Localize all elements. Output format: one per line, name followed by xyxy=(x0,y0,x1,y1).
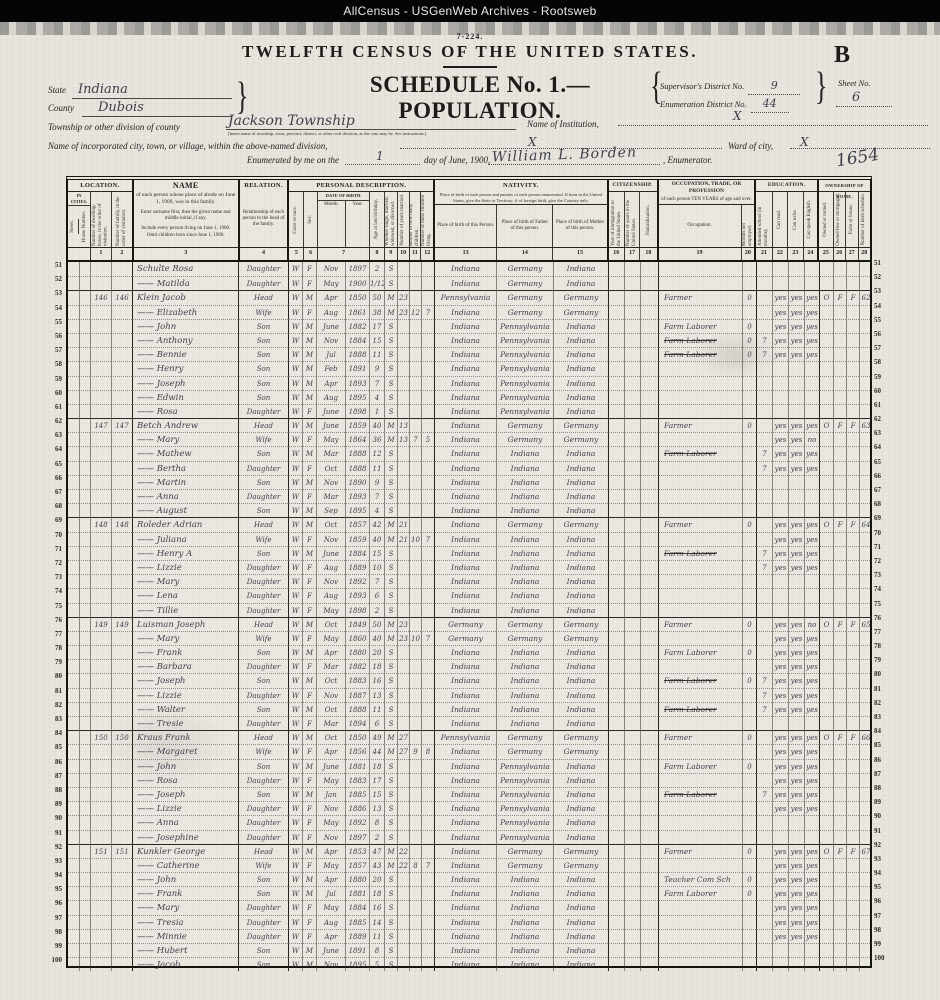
cell-naturalization xyxy=(640,673,658,687)
cell-free-mortgaged xyxy=(833,773,846,787)
cell-can-write: yes xyxy=(788,673,804,687)
cell-years-married xyxy=(397,830,409,844)
cell-sex: F xyxy=(302,773,316,787)
cell-pob-father: Pennsylvania xyxy=(496,333,553,347)
cell-can-speak xyxy=(804,361,819,375)
cell-months-not-employed xyxy=(742,603,756,617)
colnum-26: 26 xyxy=(833,248,845,260)
line-number: 74 xyxy=(44,584,62,598)
cell-children-living xyxy=(421,546,434,560)
cell-pob-father: Indiana xyxy=(496,673,553,687)
cell-months-not-employed xyxy=(742,787,756,801)
cell-occupation: Farm Laborer xyxy=(658,319,742,333)
cell-name: —— Mary xyxy=(132,432,238,446)
relation-desc: Relationship of each person to the head … xyxy=(240,209,288,230)
col-header-pob-person: Place of birth of this Person. xyxy=(435,205,496,247)
cell-immigration-year xyxy=(608,773,624,787)
cell-dwelling xyxy=(90,858,111,872)
line-number: 73 xyxy=(44,570,62,584)
cell-immigration-year xyxy=(608,532,624,546)
cell-color: W xyxy=(288,390,302,404)
cell-pob: Indiana xyxy=(434,886,496,900)
cell-birth-month: Nov xyxy=(316,574,345,588)
cell-sex: F xyxy=(302,744,316,758)
cell-farm-schedule: 65 xyxy=(859,617,872,631)
cell-can-speak: yes xyxy=(804,759,819,773)
cell-mother-of xyxy=(409,404,421,418)
cell-name: —— Rosa xyxy=(132,773,238,787)
cell-attended-school xyxy=(756,886,772,900)
cell-pob-mother: Indiana xyxy=(553,347,608,361)
cell-can-speak xyxy=(804,489,819,503)
cell-immigration-year xyxy=(608,546,624,560)
cell-marital: S xyxy=(384,574,397,588)
cell-birth-month: May xyxy=(316,631,345,645)
cell-street xyxy=(68,560,79,574)
cell-street xyxy=(68,404,79,418)
cell-can-speak: yes xyxy=(804,915,819,929)
cell-name: —— Josephine xyxy=(132,830,238,844)
cell-relation: Head xyxy=(238,844,288,858)
cell-sex: M xyxy=(302,759,316,773)
line-number: 83 xyxy=(874,710,892,724)
cell-occupation: Farm Laborer xyxy=(658,333,742,347)
cell-age: 13 xyxy=(369,688,384,702)
cell-naturalization xyxy=(640,333,658,347)
cell-street xyxy=(68,361,79,375)
cell-age: 9 xyxy=(369,361,384,375)
cell-occupation xyxy=(658,390,742,404)
cell-children-living xyxy=(421,645,434,659)
cell-family xyxy=(111,631,132,645)
cell-immigration-year xyxy=(608,659,624,673)
cell-pob-mother: Indiana xyxy=(553,376,608,390)
line-number: 83 xyxy=(44,712,62,726)
cell-family xyxy=(111,957,132,971)
cell-immigration-year xyxy=(608,376,624,390)
cell-months-not-employed xyxy=(742,900,756,914)
cell-can-write: yes xyxy=(788,517,804,531)
line-number: 58 xyxy=(874,355,892,369)
cell-immigration-year xyxy=(608,957,624,971)
cell-occupation xyxy=(658,305,742,319)
line-number: 58 xyxy=(44,357,62,371)
cell-family xyxy=(111,489,132,503)
cell-pob: Indiana xyxy=(434,446,496,460)
cell-attended-school xyxy=(756,532,772,546)
cell-can-speak: yes xyxy=(804,929,819,943)
cell-birth-month: June xyxy=(316,943,345,957)
cell-can-read xyxy=(772,390,788,404)
cell-birth-month: May xyxy=(316,773,345,787)
cell-pob: Indiana xyxy=(434,858,496,872)
cell-house xyxy=(79,744,90,758)
cell-relation: Son xyxy=(238,943,288,957)
line-number: 59 xyxy=(874,370,892,384)
cell-house xyxy=(79,815,90,829)
cell-pob-father: Indiana xyxy=(496,915,553,929)
cell-immigration-year xyxy=(608,404,624,418)
cell-months-not-employed xyxy=(742,305,756,319)
cell-immigration-year xyxy=(608,461,624,475)
line-number: 77 xyxy=(44,627,62,641)
ward-label: Ward of city, xyxy=(728,141,773,151)
cell-farm-house xyxy=(846,347,859,361)
cell-years-married: 21 xyxy=(397,532,409,546)
enumerator-label: , Enumerator. xyxy=(663,155,712,165)
cell-free-mortgaged xyxy=(833,475,846,489)
cell-years-married xyxy=(397,886,409,900)
cell-years-in-us xyxy=(624,801,640,815)
cell-years-married: 22 xyxy=(397,858,409,872)
cell-children-living xyxy=(421,915,434,929)
cell-sex: M xyxy=(302,446,316,460)
cell-sex: M xyxy=(302,787,316,801)
col-header-children-living: Number of these children living. xyxy=(420,192,433,247)
line-number: 80 xyxy=(44,669,62,683)
cell-months-not-employed xyxy=(742,659,756,673)
cell-years-in-us xyxy=(624,617,640,631)
cell-family xyxy=(111,588,132,602)
cell-months-not-employed: 0 xyxy=(742,290,756,304)
line-number: 57 xyxy=(874,341,892,355)
cell-pob-father: Pennsylvania xyxy=(496,404,553,418)
cell-dwelling xyxy=(90,560,111,574)
cell-can-write: yes xyxy=(788,801,804,815)
cell-age: 5 xyxy=(369,957,384,971)
cell-relation: Daughter xyxy=(238,688,288,702)
cell-name: —— Bennie xyxy=(132,347,238,361)
colnum-24: 24 xyxy=(803,248,818,260)
cell-farm-schedule xyxy=(859,787,872,801)
cell-street xyxy=(68,915,79,929)
cell-house xyxy=(79,305,90,319)
cell-children-living xyxy=(421,787,434,801)
cell-street xyxy=(68,631,79,645)
cell-dwelling xyxy=(90,404,111,418)
line-number: 99 xyxy=(874,937,892,951)
cell-pob-father: Indiana xyxy=(496,943,553,957)
cell-mother-of xyxy=(409,801,421,815)
cell-attended-school xyxy=(756,517,772,531)
cell-owned-rented: O xyxy=(819,844,833,858)
cell-mother-of xyxy=(409,446,421,460)
cell-sex: F xyxy=(302,588,316,602)
cell-birth-month: Nov xyxy=(316,262,345,276)
cell-birth-month: Oct xyxy=(316,617,345,631)
cell-age: 15 xyxy=(369,546,384,560)
cell-years-in-us xyxy=(624,461,640,475)
cell-naturalization xyxy=(640,475,658,489)
cell-street xyxy=(68,319,79,333)
cell-street xyxy=(68,475,79,489)
cell-age: 43 xyxy=(369,858,384,872)
cell-color: W xyxy=(288,333,302,347)
cell-pob-mother: Indiana xyxy=(553,503,608,517)
cell-can-write: yes xyxy=(788,305,804,319)
colnum-5: 5 xyxy=(289,248,303,260)
cell-age: 50 xyxy=(369,290,384,304)
cell-can-read: yes xyxy=(772,759,788,773)
cell-free-mortgaged xyxy=(833,347,846,361)
cell-can-write xyxy=(788,262,804,276)
cell-farm-house xyxy=(846,673,859,687)
cell-marital: M xyxy=(384,617,397,631)
cell-pob: Pennsylvania xyxy=(434,290,496,304)
cell-mother-of xyxy=(409,830,421,844)
cell-relation: Daughter xyxy=(238,716,288,730)
cell-sex: F xyxy=(302,858,316,872)
line-number: 65 xyxy=(44,457,62,471)
cell-can-read: yes xyxy=(772,900,788,914)
line-number: 97 xyxy=(874,909,892,923)
cell-can-write: yes xyxy=(788,872,804,886)
cell-pob-mother: Indiana xyxy=(553,673,608,687)
cell-farm-schedule xyxy=(859,759,872,773)
cell-pob-father: Germany xyxy=(496,744,553,758)
cell-birth-month: Nov xyxy=(316,333,345,347)
cell-children-living: 7 xyxy=(421,631,434,645)
cell-years-married xyxy=(397,376,409,390)
cell-dwelling xyxy=(90,532,111,546)
cell-can-write xyxy=(788,489,804,503)
cell-color: W xyxy=(288,943,302,957)
cell-immigration-year xyxy=(608,943,624,957)
cell-mother-of: 12 xyxy=(409,305,421,319)
cell-birth-year: 1893 xyxy=(345,376,369,390)
cell-owned-rented xyxy=(819,376,833,390)
cell-can-write xyxy=(788,588,804,602)
cell-years-married xyxy=(397,361,409,375)
cell-years-married xyxy=(397,319,409,333)
cell-immigration-year xyxy=(608,872,624,886)
cell-immigration-year xyxy=(608,446,624,460)
cell-birth-year: 1893 xyxy=(345,588,369,602)
cell-can-read xyxy=(772,603,788,617)
cell-farm-schedule xyxy=(859,560,872,574)
line-number: 82 xyxy=(44,698,62,712)
cell-birth-year: 1880 xyxy=(345,645,369,659)
cell-family xyxy=(111,333,132,347)
cell-marital: S xyxy=(384,560,397,574)
group-nativity: NATIVITY. Place of birth of each person … xyxy=(433,180,607,260)
cell-can-write: yes xyxy=(788,290,804,304)
cell-pob-mother: Indiana xyxy=(553,929,608,943)
cell-family xyxy=(111,546,132,560)
cell-occupation: Farmer xyxy=(658,617,742,631)
cell-relation: Head xyxy=(238,290,288,304)
cell-pob-father: Germany xyxy=(496,262,553,276)
cell-dwelling xyxy=(90,475,111,489)
cell-sex: M xyxy=(302,872,316,886)
col-header-farm-house: Farm or house. xyxy=(845,192,857,247)
cell-pob-mother: Indiana xyxy=(553,773,608,787)
cell-years-in-us xyxy=(624,361,640,375)
line-number: 78 xyxy=(44,641,62,655)
cell-can-read: yes xyxy=(772,319,788,333)
cell-owned-rented xyxy=(819,532,833,546)
cell-street xyxy=(68,716,79,730)
cell-pob: Indiana xyxy=(434,603,496,617)
cell-can-write xyxy=(788,716,804,730)
cell-years-married xyxy=(397,673,409,687)
cell-farm-schedule xyxy=(859,943,872,957)
cell-immigration-year xyxy=(608,262,624,276)
cell-occupation: Farm Laborer xyxy=(658,546,742,560)
cell-pob-mother: Indiana xyxy=(553,659,608,673)
cell-children-living xyxy=(421,716,434,730)
census-table: LOCATION. IN CITIES. Street. House Numbe… xyxy=(66,176,872,968)
cell-pob-mother: Germany xyxy=(553,432,608,446)
cell-naturalization xyxy=(640,659,658,673)
cell-mother-of xyxy=(409,560,421,574)
cell-years-in-us xyxy=(624,305,640,319)
cell-name: —— Martin xyxy=(132,475,238,489)
cell-birth-month: Oct xyxy=(316,730,345,744)
cell-street xyxy=(68,744,79,758)
cell-pob: Indiana xyxy=(434,645,496,659)
cell-pob: Indiana xyxy=(434,688,496,702)
cell-can-speak xyxy=(804,503,819,517)
cell-owned-rented xyxy=(819,886,833,900)
cell-house xyxy=(79,716,90,730)
cell-street xyxy=(68,517,79,531)
cell-immigration-year xyxy=(608,759,624,773)
line-number: 59 xyxy=(44,372,62,386)
cell-name: Roleder Adrian xyxy=(132,517,238,531)
cell-children-living xyxy=(421,361,434,375)
cell-immigration-year xyxy=(608,830,624,844)
cell-pob: Indiana xyxy=(434,744,496,758)
cell-children-living xyxy=(421,659,434,673)
cell-pob: Indiana xyxy=(434,361,496,375)
cell-naturalization xyxy=(640,546,658,560)
line-number: 81 xyxy=(44,684,62,698)
enumerated-day-line xyxy=(345,164,420,165)
cell-dwelling: 150 xyxy=(90,730,111,744)
cell-children-living: 5 xyxy=(421,432,434,446)
cell-children-living xyxy=(421,418,434,432)
cell-pob-mother: Indiana xyxy=(553,787,608,801)
cell-house xyxy=(79,290,90,304)
cell-farm-house: F xyxy=(846,517,859,531)
cell-name: —— Henry xyxy=(132,361,238,375)
cell-can-read: yes xyxy=(772,872,788,886)
cell-house xyxy=(79,730,90,744)
line-number: 90 xyxy=(874,809,892,823)
cell-marital: S xyxy=(384,815,397,829)
cell-attended-school xyxy=(756,290,772,304)
cell-marital: M xyxy=(384,844,397,858)
cell-free-mortgaged xyxy=(833,886,846,900)
cell-name: Klein Jacob xyxy=(132,290,238,304)
cell-years-married xyxy=(397,347,409,361)
cell-free-mortgaged xyxy=(833,872,846,886)
cell-family xyxy=(111,716,132,730)
cell-dwelling xyxy=(90,815,111,829)
cell-can-read: yes xyxy=(772,915,788,929)
cell-birth-year: 1891 xyxy=(345,361,369,375)
cell-birth-year: 1850 xyxy=(345,290,369,304)
cell-name: —— Rosa xyxy=(132,404,238,418)
table-header: LOCATION. IN CITIES. Street. House Numbe… xyxy=(68,180,870,262)
cell-months-not-employed xyxy=(742,361,756,375)
cell-attended-school xyxy=(756,503,772,517)
cell-pob-father: Germany xyxy=(496,305,553,319)
cell-pob-mother: Indiana xyxy=(553,872,608,886)
cell-family: 150 xyxy=(111,730,132,744)
line-number: 68 xyxy=(874,497,892,511)
cell-immigration-year xyxy=(608,929,624,943)
cell-age: 8 xyxy=(369,815,384,829)
cell-occupation xyxy=(658,588,742,602)
cell-birth-year: 1886 xyxy=(345,801,369,815)
cell-can-write: yes xyxy=(788,347,804,361)
cell-mother-of xyxy=(409,815,421,829)
cell-years-married xyxy=(397,404,409,418)
cell-can-speak xyxy=(804,262,819,276)
cell-owned-rented: O xyxy=(819,290,833,304)
cell-mother-of xyxy=(409,262,421,276)
cell-family: 146 xyxy=(111,290,132,304)
cell-children-living xyxy=(421,759,434,773)
cell-birth-year: 1894 xyxy=(345,716,369,730)
cell-marital: M xyxy=(384,631,397,645)
cell-children-living xyxy=(421,673,434,687)
cell-age: 49 xyxy=(369,730,384,744)
col-header-street: Street. xyxy=(68,219,79,234)
line-number: 64 xyxy=(44,442,62,456)
cell-pob-mother: Indiana xyxy=(553,489,608,503)
sheet-line xyxy=(836,106,892,107)
cell-occupation xyxy=(658,276,742,290)
cell-family xyxy=(111,532,132,546)
cell-marital: M xyxy=(384,305,397,319)
cell-years-married: 23 xyxy=(397,631,409,645)
cell-pob: Pennsylvania xyxy=(434,730,496,744)
cell-months-not-employed xyxy=(742,943,756,957)
cell-color: W xyxy=(288,688,302,702)
cell-birth-year: 1881 xyxy=(345,759,369,773)
colnum-7: 7 xyxy=(317,248,369,260)
cell-children-living xyxy=(421,801,434,815)
cell-birth-month: Nov xyxy=(316,532,345,546)
cell-immigration-year xyxy=(608,503,624,517)
cell-dwelling xyxy=(90,631,111,645)
cell-pob: Indiana xyxy=(434,588,496,602)
group-name-title: NAME xyxy=(134,180,238,191)
cell-farm-schedule xyxy=(859,574,872,588)
cell-name: —— Walter xyxy=(132,702,238,716)
cell-pob-father: Germany xyxy=(496,290,553,304)
cell-farm-schedule xyxy=(859,673,872,687)
cell-children-living xyxy=(421,844,434,858)
cell-years-married: 27 xyxy=(397,744,409,758)
cell-relation: Son xyxy=(238,886,288,900)
cell-can-speak xyxy=(804,588,819,602)
cell-family xyxy=(111,560,132,574)
cell-can-read xyxy=(772,957,788,971)
cell-pob: Indiana xyxy=(434,276,496,290)
cell-age: 50 xyxy=(369,617,384,631)
cell-free-mortgaged xyxy=(833,900,846,914)
cell-can-speak: no xyxy=(804,617,819,631)
cell-can-speak: yes xyxy=(804,787,819,801)
cell-color: W xyxy=(288,503,302,517)
cell-sex: M xyxy=(302,347,316,361)
cell-naturalization xyxy=(640,418,658,432)
cell-dwelling xyxy=(90,305,111,319)
